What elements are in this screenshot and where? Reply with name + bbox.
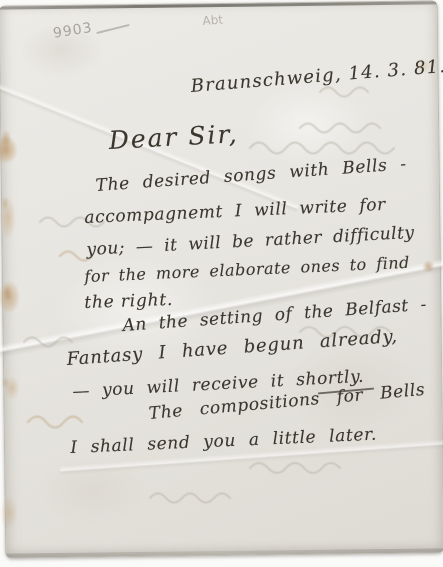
- scanned-letter-photo: 9903 Abt Braunschweig, 14. 3. 81. Dear S…: [0, 0, 443, 567]
- letter-line: the right.: [84, 290, 174, 313]
- pencil-annotation-top-right: Abt: [202, 13, 223, 28]
